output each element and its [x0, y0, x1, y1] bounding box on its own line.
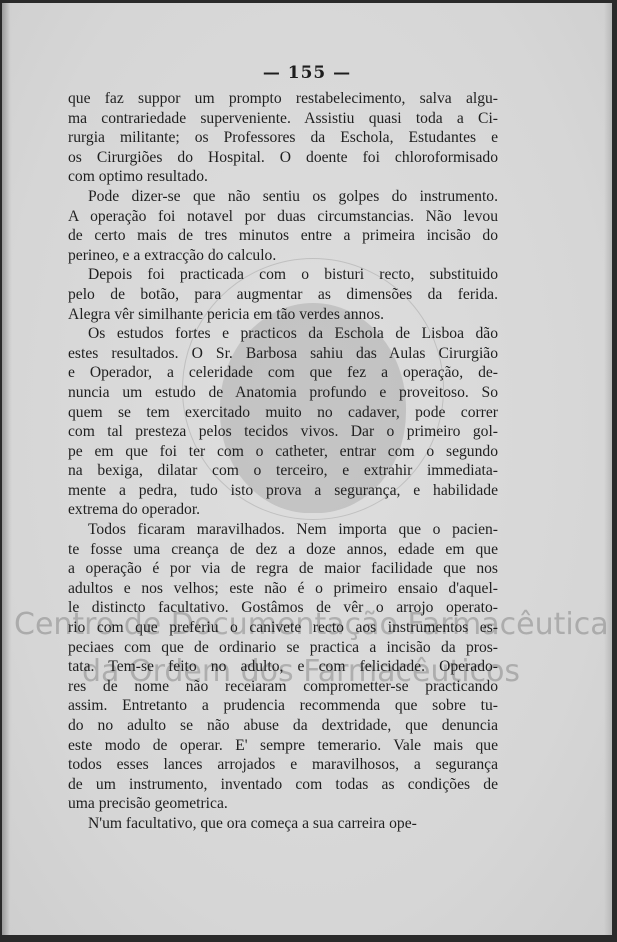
- text-line: tata. Tem-se feito no adulto, e com feli…: [68, 657, 498, 677]
- text-line: res de nome não receiaram comprometter-s…: [68, 677, 498, 697]
- text-line: mente a pedra, tudo isto prova a seguran…: [68, 481, 498, 501]
- text-line: na bexiga, dilatar com o terceiro, e ext…: [68, 461, 498, 481]
- text-line: de um instrumento, inventado com todas a…: [68, 775, 498, 795]
- text-line: Depois foi practicada com o bisturi rect…: [68, 265, 498, 285]
- text-line: pelo de botão, para augmentar as dimensõ…: [68, 285, 498, 305]
- text-line: perineo, e a extracção do calculo.: [68, 246, 498, 266]
- text-line: do no adulto se não abuse da dextridade,…: [68, 716, 498, 736]
- text-line: com tal presteza pelos tecidos vivos. Da…: [68, 422, 498, 442]
- text-line: a operação é por via de regra de maior f…: [68, 559, 498, 579]
- text-line: estes resultados. O Sr. Barbosa sahiu da…: [68, 344, 498, 364]
- text-line: peciaes com que de ordinario se practica…: [68, 638, 498, 658]
- text-line: e Operador, a celeridade com que fez a o…: [68, 363, 498, 383]
- text-line: extrema do operador.: [68, 500, 498, 520]
- page-edge: [604, 3, 612, 935]
- text-line: nuncia um estudo de Anatomia profundo e …: [68, 383, 498, 403]
- text-line: de certo mais de tres minutos entre a pr…: [68, 226, 498, 246]
- paragraph: Depois foi practicada com o bisturi rect…: [68, 265, 498, 324]
- text-line: os Cirurgiões do Hospital. O doente foi …: [68, 148, 498, 168]
- text-line: le distincto facultativo. Gostâmos de vê…: [68, 598, 498, 618]
- text-line: A operação foi notavel por duas circumst…: [68, 207, 498, 227]
- text-line: pe em que foi ter com o catheter, entrar…: [68, 442, 498, 462]
- text-line: rio com que preferiu o canivete recto ao…: [68, 618, 498, 638]
- page-gutter-shadow: [2, 3, 12, 935]
- text-line: que faz suppor um prompto restabelecimen…: [68, 89, 498, 109]
- text-line: quem se tem exercitado muito no cadaver,…: [68, 403, 498, 423]
- text-line: Pode dizer-se que não sentiu os golpes d…: [68, 187, 498, 207]
- text-line: Os estudos fortes e practicos da Eschola…: [68, 324, 498, 344]
- paragraph: Todos ficaram maravilhados. Nem importa …: [68, 520, 498, 814]
- text-line: te fosse uma creança de dez a doze annos…: [68, 540, 498, 560]
- text-line: adultos e nos velhos; este não é o prime…: [68, 579, 498, 599]
- paragraph: N'um facultativo, que ora começa a sua c…: [68, 814, 498, 834]
- book-page: Centro de Documentação Farmacêutica da O…: [2, 3, 612, 935]
- body-text: que faz suppor um prompto restabelecimen…: [68, 89, 498, 834]
- text-line: rurgia militante; os Professores da Esch…: [68, 128, 498, 148]
- text-line: uma precisão geometrica.: [68, 794, 498, 814]
- text-line: este modo de operar. E' sempre temerario…: [68, 736, 498, 756]
- text-line: com optimo resultado.: [68, 167, 498, 187]
- text-line: N'um facultativo, que ora começa a sua c…: [68, 814, 498, 834]
- text-line: Alegra vêr similhante pericia em tão ver…: [68, 305, 498, 325]
- paragraph: Os estudos fortes e practicos da Eschola…: [68, 324, 498, 520]
- text-line: ma contrariedade superveniente. Assistiu…: [68, 109, 498, 129]
- page-number: — 155 —: [2, 63, 612, 83]
- text-line: Todos ficaram maravilhados. Nem importa …: [68, 520, 498, 540]
- text-line: assim. Entretanto a prudencia recommenda…: [68, 696, 498, 716]
- paragraph: que faz suppor um prompto restabelecimen…: [68, 89, 498, 187]
- text-line: todos esses lances arrojados e maravilho…: [68, 755, 498, 775]
- paragraph: Pode dizer-se que não sentiu os golpes d…: [68, 187, 498, 265]
